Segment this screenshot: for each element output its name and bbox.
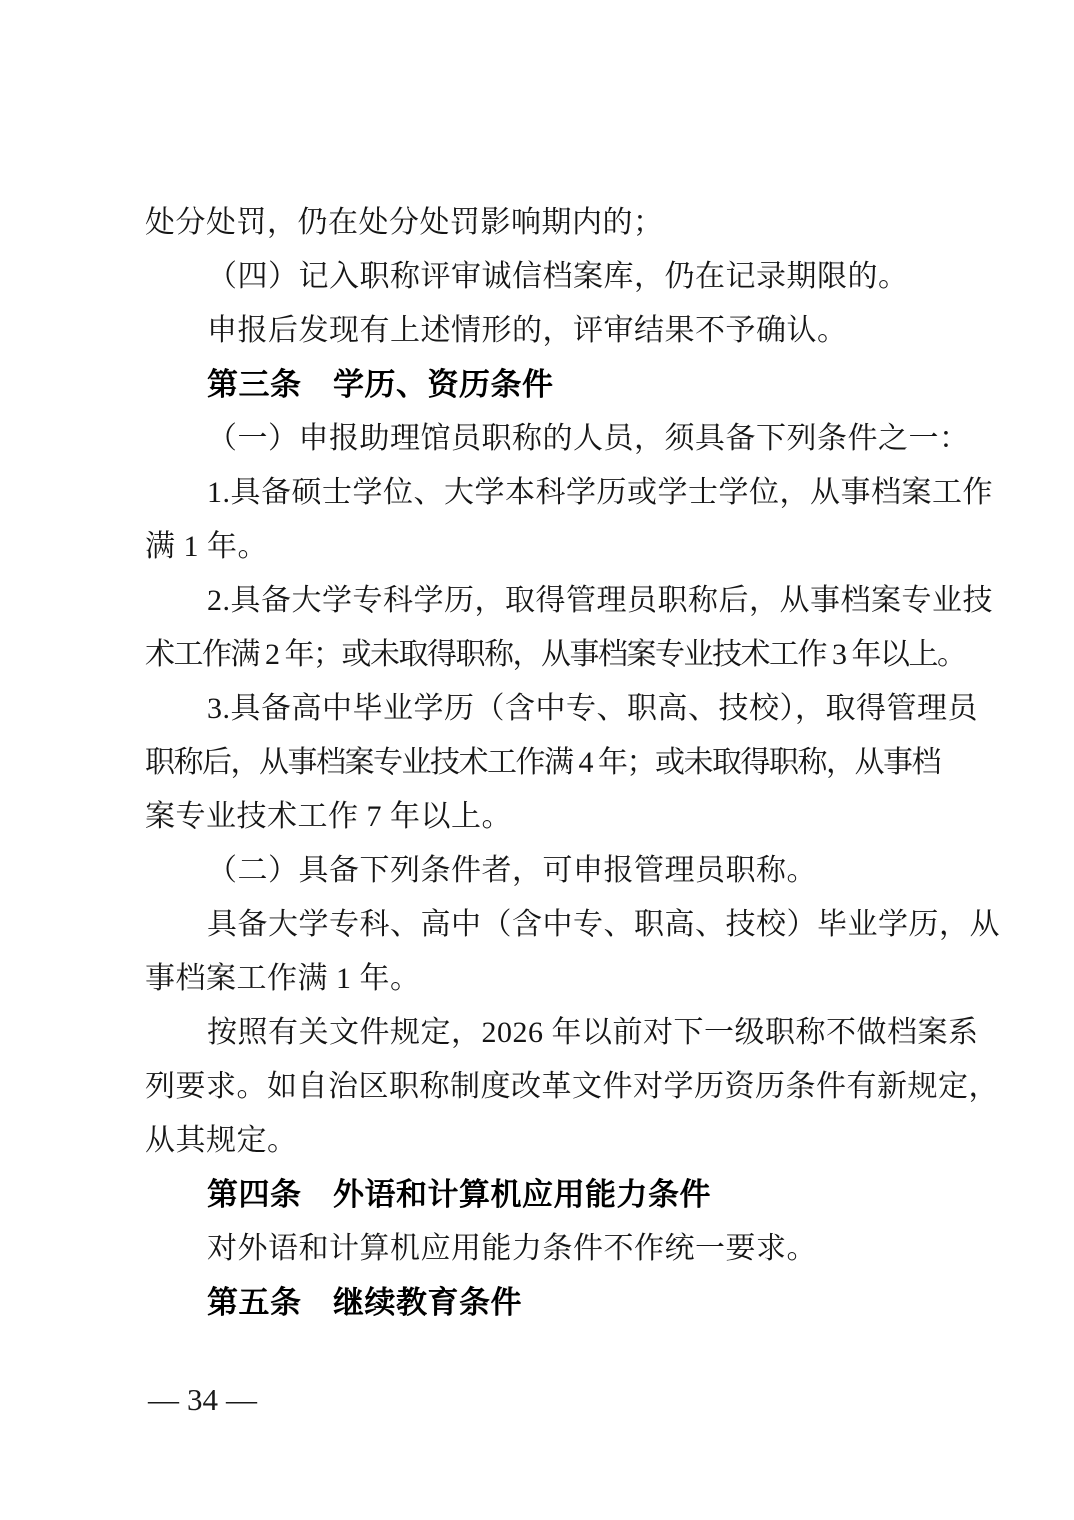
- text-line: 案专业技术工作 7 年以上。: [145, 790, 957, 844]
- page-number: 34: [187, 1382, 218, 1417]
- text-line: （一）申报助理馆员职称的人员，须具备下列条件之一：: [145, 412, 957, 466]
- text-line: 1.具备硕士学位、大学本科学历或学士学位，从事档案工作: [145, 466, 957, 520]
- document-page: 处分处罚，仍在处分处罚影响期内的； （四）记入职称评审诚信档案库，仍在记录期限的…: [0, 0, 1074, 1520]
- text-line: 从其规定。: [145, 1114, 957, 1168]
- text-line: 申报后发现有上述情形的，评审结果不予确认。: [145, 304, 957, 358]
- text-line: 对外语和计算机应用能力条件不作统一要求。: [145, 1222, 957, 1276]
- text-line: 2.具备大学专科学历，取得管理员职称后，从事档案专业技: [145, 574, 957, 628]
- article-heading-5: 第五条 继续教育条件: [145, 1276, 957, 1330]
- text-line: 职称后，从事档案专业技术工作满 4 年；或未取得职称，从事档: [145, 736, 957, 790]
- article-heading-4: 第四条 外语和计算机应用能力条件: [145, 1168, 957, 1222]
- text-line: 列要求。如自治区职称制度改革文件对学历资历条件有新规定，: [145, 1060, 957, 1114]
- document-body: 处分处罚，仍在处分处罚影响期内的； （四）记入职称评审诚信档案库，仍在记录期限的…: [145, 196, 957, 1330]
- article-heading-3: 第三条 学历、资历条件: [145, 358, 957, 412]
- text-line: 术工作满 2 年；或未取得职称，从事档案专业技术工作 3 年以上。: [145, 628, 957, 682]
- text-line: 具备大学专科、高中（含中专、职高、技校）毕业学历，从: [145, 898, 957, 952]
- text-line: 按照有关文件规定，2026 年以前对下一级职称不做档案系: [145, 1006, 957, 1060]
- text-line: 事档案工作满 1 年。: [145, 952, 957, 1006]
- footer-left-dash: —: [140, 1382, 187, 1417]
- text-line: （四）记入职称评审诚信档案库，仍在记录期限的。: [145, 250, 957, 304]
- text-line: 3.具备高中毕业学历（含中专、职高、技校），取得管理员: [145, 682, 957, 736]
- footer-right-dash: —: [218, 1382, 265, 1417]
- text-line: 处分处罚，仍在处分处罚影响期内的；: [145, 196, 957, 250]
- text-line: 满 1 年。: [145, 520, 957, 574]
- page-footer: —34—: [140, 1382, 265, 1418]
- text-line: （二）具备下列条件者，可申报管理员职称。: [145, 844, 957, 898]
